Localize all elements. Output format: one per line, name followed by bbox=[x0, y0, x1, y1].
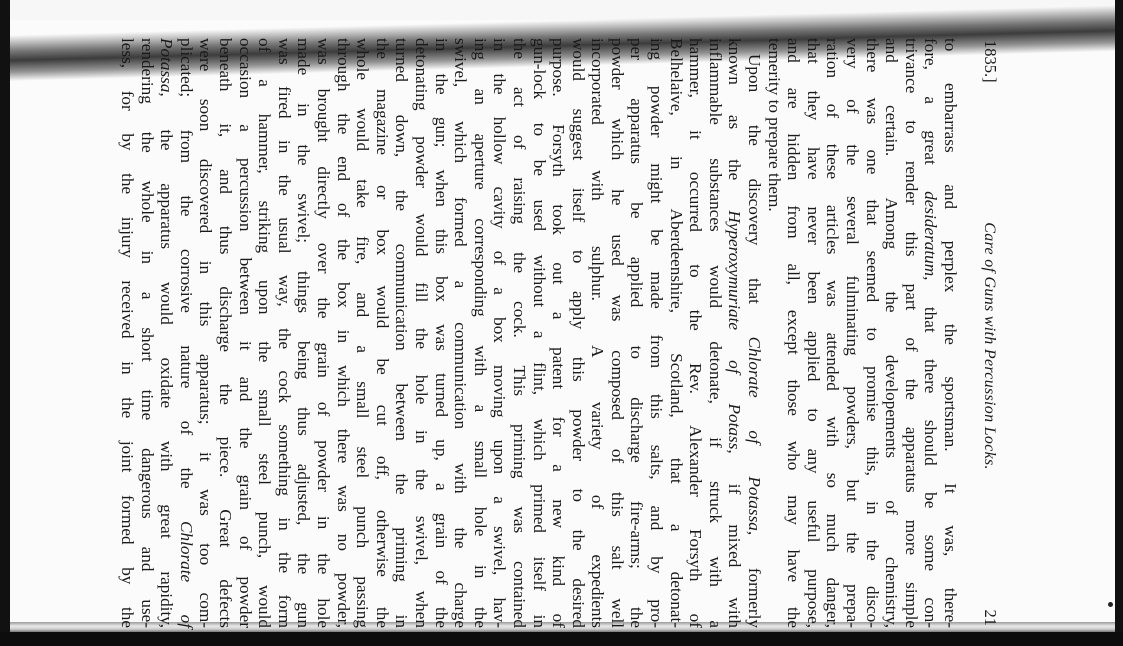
scanner-edge-bottom bbox=[0, 632, 1123, 646]
text-line: detonating powder would fill the hole in… bbox=[411, 38, 431, 628]
text-line: in the hollow cavity of a box moving upo… bbox=[490, 38, 510, 628]
text-line: the magazine or box would be cut off, ot… bbox=[372, 38, 392, 628]
text-line: was brought directly over the grain of p… bbox=[313, 38, 333, 628]
page-number: 21 bbox=[980, 610, 1000, 627]
text-line: plicated; from the corrosive nature of t… bbox=[176, 38, 196, 628]
text-line: incorporated with sulphur. A variety of … bbox=[588, 38, 608, 628]
text-line: beneath it, and thus discharge the piece… bbox=[215, 38, 235, 628]
text-line: whole would take fire, and a small steel… bbox=[353, 38, 373, 628]
text-line: ration of these articles was attended wi… bbox=[823, 38, 843, 628]
text-line: Upon the discovery that Chlorate of Pota… bbox=[744, 38, 764, 628]
text-line: and are hidden from all, except those wh… bbox=[784, 38, 804, 628]
text-line: to embarrass and perplex the sportsman. … bbox=[940, 38, 960, 628]
text-line: in the gun; when this box was turned up,… bbox=[431, 38, 451, 628]
text-line: of a hammer, striking upon the small ste… bbox=[255, 38, 275, 628]
text-line: and certain. Among the developements of … bbox=[882, 38, 902, 628]
text-line: powder which he used was composed of thi… bbox=[607, 38, 627, 628]
text-line: purpose. Forsyth took out a patent for a… bbox=[549, 38, 569, 628]
text-line: through the end of the box in which ther… bbox=[333, 38, 353, 628]
text-line: there was one that seemed to promise thi… bbox=[862, 38, 882, 628]
text-line: were soon discovered in this apparatus; … bbox=[196, 38, 216, 628]
text-line: per apparatus be applied to discharge fi… bbox=[627, 38, 647, 628]
text-line: trivance to render this part of the appa… bbox=[901, 38, 921, 628]
text-line: made in the swivel; things being thus ad… bbox=[294, 38, 314, 628]
scanner-edge-left bbox=[0, 0, 10, 646]
text-line: temerity to prepare them. bbox=[764, 38, 784, 628]
text-line: would suggest itself to apply this powde… bbox=[568, 38, 588, 628]
running-head-title: Care of Guns with Percussion Locks. bbox=[980, 222, 998, 470]
text-line: less, for by the injury received in the … bbox=[117, 38, 137, 628]
printed-page-rotated: 1835.] Care of Guns with Percussion Lock… bbox=[160, 38, 1000, 628]
running-head-year: 1835.] bbox=[980, 40, 1000, 83]
scanner-edge-right bbox=[1115, 0, 1123, 646]
body-text: to embarrass and perplex the sportsman. … bbox=[117, 38, 960, 628]
text-line: ing an aperture corresponding with a sma… bbox=[470, 38, 490, 628]
running-head: 1835.] Care of Guns with Percussion Lock… bbox=[974, 38, 1000, 628]
text-line: very of the several fulminating powders,… bbox=[842, 38, 862, 628]
scan-speck bbox=[1108, 602, 1113, 607]
scanned-page: 1835.] Care of Guns with Percussion Lock… bbox=[0, 0, 1123, 646]
text-line: rendering the whole in a short time dang… bbox=[137, 38, 157, 628]
text-line: that they have never been applied to any… bbox=[803, 38, 823, 628]
text-line: turned down, the communication between t… bbox=[392, 38, 412, 628]
text-line: hammer, it occurred to the Rev. Alexande… bbox=[686, 38, 706, 628]
text-line: fore, a great desideratum, that there sh… bbox=[921, 38, 941, 628]
text-line: occasion a percussion between it and the… bbox=[235, 38, 255, 628]
text-line: known as the Hyperoxymuriate of Potass, … bbox=[725, 38, 745, 628]
text-line: Potassa, the apparatus would oxidate wit… bbox=[157, 38, 177, 628]
text-line: was fired in the usual way, the cock som… bbox=[274, 38, 294, 628]
text-line: inflammable substances would detonate, i… bbox=[705, 38, 725, 628]
text-line: the act of raising the cock. This primin… bbox=[509, 38, 529, 628]
text-line: gun-lock to be used without a flint, whi… bbox=[529, 38, 549, 628]
text-line: ing powder might be made from this salts… bbox=[647, 38, 667, 628]
text-line: Belhelaive, in Aberdeenshire, Scotland, … bbox=[666, 38, 686, 628]
text-line: swivel, which formed a communication wit… bbox=[451, 38, 471, 628]
